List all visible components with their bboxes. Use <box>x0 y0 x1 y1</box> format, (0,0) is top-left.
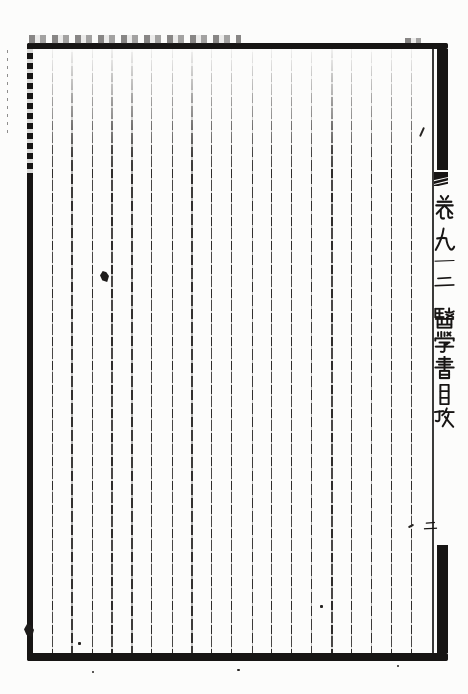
banxin-black-mouth-top <box>437 49 448 170</box>
scanned-book-page: 卷九一二 醫學書目攷 二 <box>0 0 468 694</box>
ink-blot <box>100 271 109 282</box>
dust-speck <box>92 671 94 673</box>
banxin-black-mouth-bottom <box>437 545 448 653</box>
banxin-title-char <box>433 356 456 380</box>
dust-speck <box>397 665 399 667</box>
banxin-volume-char <box>433 272 456 291</box>
print-fade-overlay <box>33 49 431 164</box>
top-border-nub <box>405 38 421 43</box>
frame-bottom-border <box>27 653 448 661</box>
banxin-title-char <box>433 407 456 430</box>
dust-speck <box>237 669 240 671</box>
banxin-volume-char <box>433 254 456 267</box>
left-margin-noise-line <box>7 50 8 135</box>
banxin-volume-char <box>433 195 456 221</box>
banxin-volume-char <box>433 227 456 253</box>
page-number-text: 二 <box>0 0 1 1</box>
banxin-title-char <box>433 384 456 405</box>
banxin-title-char <box>433 307 456 329</box>
banxin-title-char <box>433 331 456 354</box>
dust-speck <box>78 642 81 645</box>
top-edge-smear <box>29 35 241 44</box>
banxin-volume-text: 卷九一二 <box>0 0 1 1</box>
banxin-title-text: 醫學書目攷 <box>0 0 1 1</box>
dust-speck <box>320 605 323 608</box>
page-number-char <box>423 518 438 533</box>
